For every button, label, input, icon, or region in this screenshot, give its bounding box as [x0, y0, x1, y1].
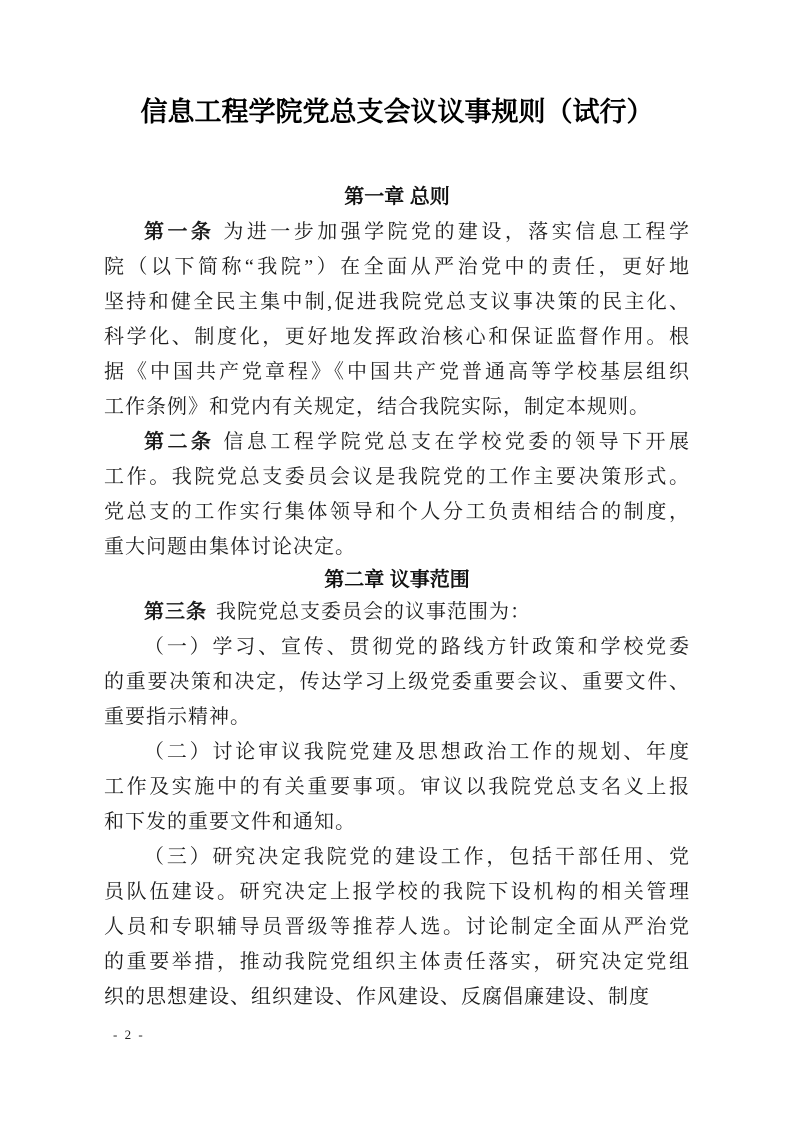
page-number: - 2 - — [113, 1027, 145, 1043]
paragraph-line: （一）学习、宣传、贯彻党的路线方针政策和学校党委 — [104, 630, 690, 665]
article-3-paragraph: 第三条我院党总支委员会的议事范围为： — [104, 595, 690, 630]
paragraph-line: 第一条为进一步加强学院党的建设，落实信息工程学 — [104, 215, 690, 250]
article-2-number: 第二条 — [144, 431, 214, 453]
paragraph-line: 和下发的重要文件和通知。 — [104, 805, 690, 840]
paragraph-line: 员队伍建设。研究决定上报学校的我院下设机构的相关管理 — [104, 875, 690, 910]
paragraph-line: 科学化、制度化，更好地发挥政治核心和保证监督作用。根 — [104, 320, 690, 355]
paragraph-line: （二）讨论审议我院党建及思想政治工作的规划、年度 — [104, 735, 690, 770]
paragraph-line: 重要指示精神。 — [104, 700, 690, 735]
paragraph-line: （三）研究决定我院党的建设工作，包括干部任用、党 — [104, 840, 690, 875]
paragraph-line: 院（以下简称“我院”）在全面从严治党中的责任，更好地 — [104, 250, 690, 285]
paragraph-line: 党总支的工作实行集体领导和个人分工负责相结合的制度， — [104, 495, 690, 530]
paragraph-line: 坚持和健全民主集中制,促进我院党总支议事决策的民主化、 — [104, 285, 690, 320]
paragraph-line: 据《中国共产党章程》《中国共产党普通高等学校基层组织 — [104, 355, 690, 390]
document-title: 信息工程学院党总支会议议事规则（试行） — [104, 94, 690, 130]
paragraph-line: 第二条信息工程学院党总支在学校党委的领导下开展 — [104, 425, 690, 460]
article-2-paragraph: 第二条信息工程学院党总支在学校党委的领导下开展 工作。我院党总支委员会议是我院党… — [104, 425, 690, 565]
document-page: 信息工程学院党总支会议议事规则（试行） 第一章 总则 第一条为进一步加强学院党的… — [0, 0, 794, 1123]
paragraph-line: 工作及实施中的有关重要事项。审议以我院党总支名义上报 — [104, 770, 690, 805]
paragraph-line: 工作条例》和党内有关规定，结合我院实际，制定本规则。 — [104, 390, 690, 425]
list-item-3-paragraph: （三）研究决定我院党的建设工作，包括干部任用、党 员队伍建设。研究决定上报学校的… — [104, 840, 690, 1015]
article-1-number: 第一条 — [144, 221, 214, 243]
list-item-1-paragraph: （一）学习、宣传、贯彻党的路线方针政策和学校党委 的重要决策和决定，传达学习上级… — [104, 630, 690, 735]
chapter-2-heading: 第二章 议事范围 — [104, 565, 690, 595]
chapter-1-heading: 第一章 总则 — [104, 183, 690, 211]
paragraph-line: 重大问题由集体讨论决定。 — [104, 530, 690, 565]
paragraph-line: 的重要举措，推动我院党组织主体责任落实，研究决定党组 — [104, 945, 690, 980]
paragraph-line: 的重要决策和决定，传达学习上级党委重要会议、重要文件、 — [104, 665, 690, 700]
paragraph-text: 我院党总支委员会的议事范围为： — [216, 601, 531, 623]
paragraph-line: 人员和专职辅导员晋级等推荐人选。讨论制定全面从严治党 — [104, 910, 690, 945]
list-item-2-paragraph: （二）讨论审议我院党建及思想政治工作的规划、年度 工作及实施中的有关重要事项。审… — [104, 735, 690, 840]
article-1-paragraph: 第一条为进一步加强学院党的建设，落实信息工程学 院（以下简称“我院”）在全面从严… — [104, 215, 690, 425]
paragraph-text: 为进一步加强学院党的建设，落实信息工程学 — [223, 221, 690, 243]
paragraph-line: 工作。我院党总支委员会议是我院党的工作主要决策形式。 — [104, 460, 690, 495]
article-3-number: 第三条 — [144, 601, 207, 623]
document-content: 信息工程学院党总支会议议事规则（试行） 第一章 总则 第一条为进一步加强学院党的… — [104, 0, 690, 1015]
paragraph-line: 第三条我院党总支委员会的议事范围为： — [104, 595, 690, 630]
paragraph-line: 织的思想建设、组织建设、作风建设、反腐倡廉建设、制度 — [104, 980, 690, 1015]
paragraph-text: 信息工程学院党总支在学校党委的领导下开展 — [223, 431, 690, 453]
